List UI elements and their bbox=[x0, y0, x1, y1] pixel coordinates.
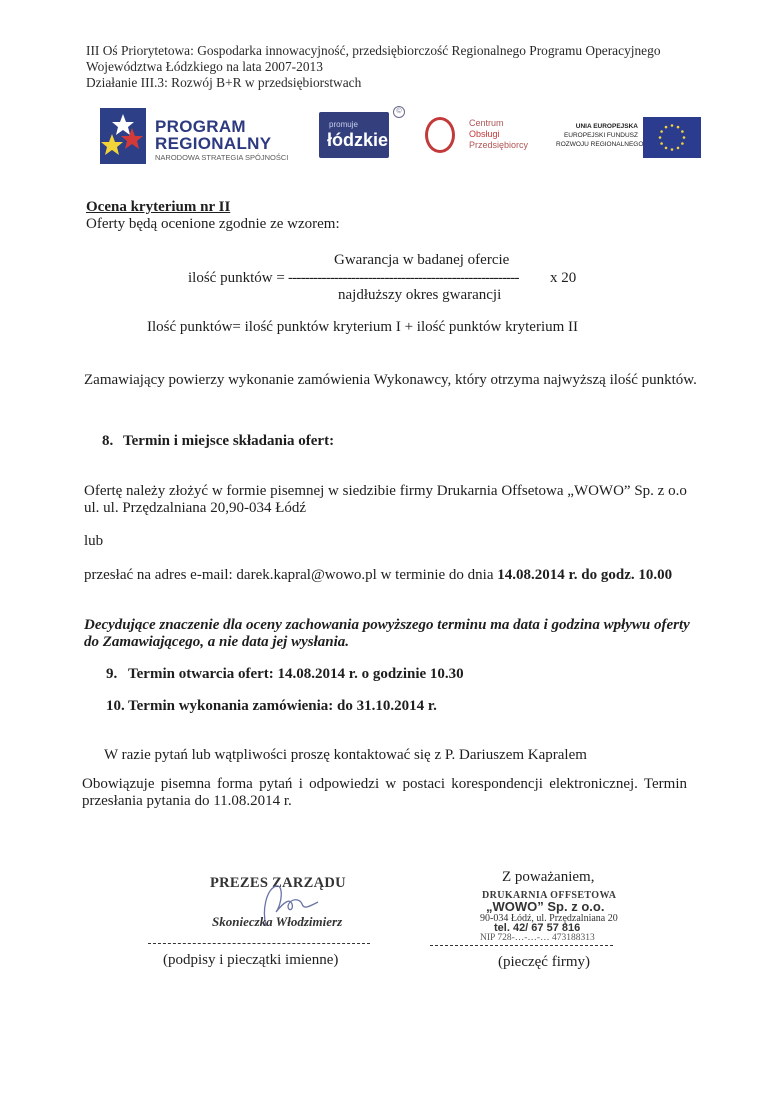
contact-line: W razie pytań lub wątpliwości proszę kon… bbox=[104, 746, 587, 764]
submission-deadline: 14.08.2014 r. do godz. 10.00 bbox=[497, 567, 672, 583]
questions-form-line-1: Obowiązuje pisemna forma pytań i odpowie… bbox=[82, 775, 687, 793]
section-9-number: 9. bbox=[106, 665, 117, 683]
section-10-text: Termin wykonania zamówienia: do 31.10.20… bbox=[128, 697, 437, 715]
section-8-number: 8. bbox=[102, 432, 113, 450]
nss-label: NARODOWA STRATEGIA SPÓJNOŚCI bbox=[155, 153, 288, 162]
header-line-2: Województwa Łódzkiego na lata 2007-2013 bbox=[86, 58, 323, 75]
cop-line-2: Obsługi bbox=[469, 129, 500, 140]
copyright-icon: © bbox=[393, 106, 405, 118]
formula-fraction-bar: ----------------------------------------… bbox=[288, 269, 519, 287]
section-8-title: Termin i miejsce składania ofert: bbox=[123, 432, 334, 450]
left-signature-caption: (podpisy i pieczątki imienne) bbox=[163, 951, 338, 969]
cop-line-1: Centrum bbox=[469, 118, 504, 129]
header-line-1: III Oś Priorytetowa: Gospodarka innowacy… bbox=[86, 42, 661, 59]
submission-line-2: ul. ul. Przędzalniana 20,90-034 Łódź bbox=[84, 499, 306, 517]
cop-emblem-icon bbox=[425, 117, 455, 153]
company-stamp-line-2: „WOWO” Sp. z o.o. bbox=[486, 899, 604, 914]
section-10-number: 10. bbox=[106, 697, 125, 715]
ue-line-1: UNIA EUROPEJSKA bbox=[556, 122, 638, 131]
section-9-text: Termin otwarcia ofert: 14.08.2014 r. o g… bbox=[128, 665, 464, 683]
centrum-obslugi-logo: Centrum Obsługi Przedsiębiorcy bbox=[425, 115, 545, 159]
deadline-notice-line-1: Decydujące znaczenie dla oceny zachowani… bbox=[84, 616, 690, 634]
criterion-title: Ocena kryterium nr II bbox=[86, 198, 230, 216]
criterion-intro: Oferty będą ocenione zgodnie ze wzorem: bbox=[86, 215, 340, 233]
cop-line-3: Przedsiębiorcy bbox=[469, 140, 528, 151]
formula-numerator: Gwarancja w badanej ofercie bbox=[334, 251, 509, 269]
questions-form-line-2: przesłania pytania do 11.08.2014 r. bbox=[82, 792, 292, 810]
formula-denominator: najdłuższy okres gwarancji bbox=[338, 286, 501, 304]
ue-line-2: EUROPEJSKI FUNDUSZ bbox=[556, 131, 638, 140]
board-president-stamp-name: Skonieczka Włodzimierz bbox=[212, 914, 342, 930]
or-label: lub bbox=[84, 532, 103, 550]
program-regionalny-logo: PROGRAM REGIONALNY NARODOWA STRATEGIA SP… bbox=[100, 108, 300, 168]
email-submission-text: przesłać na adres e-mail: darek.kapral@w… bbox=[84, 567, 497, 583]
ue-line-3: ROZWOJU REGIONALNEGO bbox=[556, 140, 638, 149]
closing-greeting: Z poważaniem, bbox=[502, 868, 594, 886]
award-statement: Zamawiający powierzy wykonanie zamówieni… bbox=[84, 371, 697, 389]
promuje-lodzkie-logo: promuje łódzkie © bbox=[319, 112, 389, 158]
right-signature-caption: (pieczęć firmy) bbox=[498, 953, 590, 971]
lodzkie-label: łódzkie bbox=[327, 130, 388, 151]
formula-multiplier: x 20 bbox=[550, 269, 576, 287]
total-points-formula: Ilość punktów= ilość punktów kryterium I… bbox=[147, 318, 578, 336]
company-stamp-line-5: NIP 728-…-…-… 473188313 bbox=[480, 933, 595, 943]
header-line-3: Działanie III.3: Rozwój B+R w przedsiębi… bbox=[86, 74, 361, 91]
submission-line-1: Ofertę należy złożyć w formie pisemnej w… bbox=[84, 482, 687, 500]
promuje-label: promuje bbox=[329, 120, 358, 129]
formula-lhs: ilość punktów = bbox=[188, 269, 285, 287]
eu-flag-icon bbox=[643, 117, 701, 158]
right-signature-line bbox=[430, 945, 613, 946]
regionalny-label: REGIONALNY bbox=[155, 135, 271, 153]
deadline-notice-line-2: do Zamawiającego, a nie data jej wysłani… bbox=[84, 633, 349, 651]
stars-emblem-icon bbox=[100, 108, 146, 164]
left-signature-line bbox=[148, 943, 370, 944]
ue-text-block: UNIA EUROPEJSKA EUROPEJSKI FUNDUSZ ROZWO… bbox=[556, 122, 638, 149]
email-submission-line: przesłać na adres e-mail: darek.kapral@w… bbox=[84, 566, 672, 584]
